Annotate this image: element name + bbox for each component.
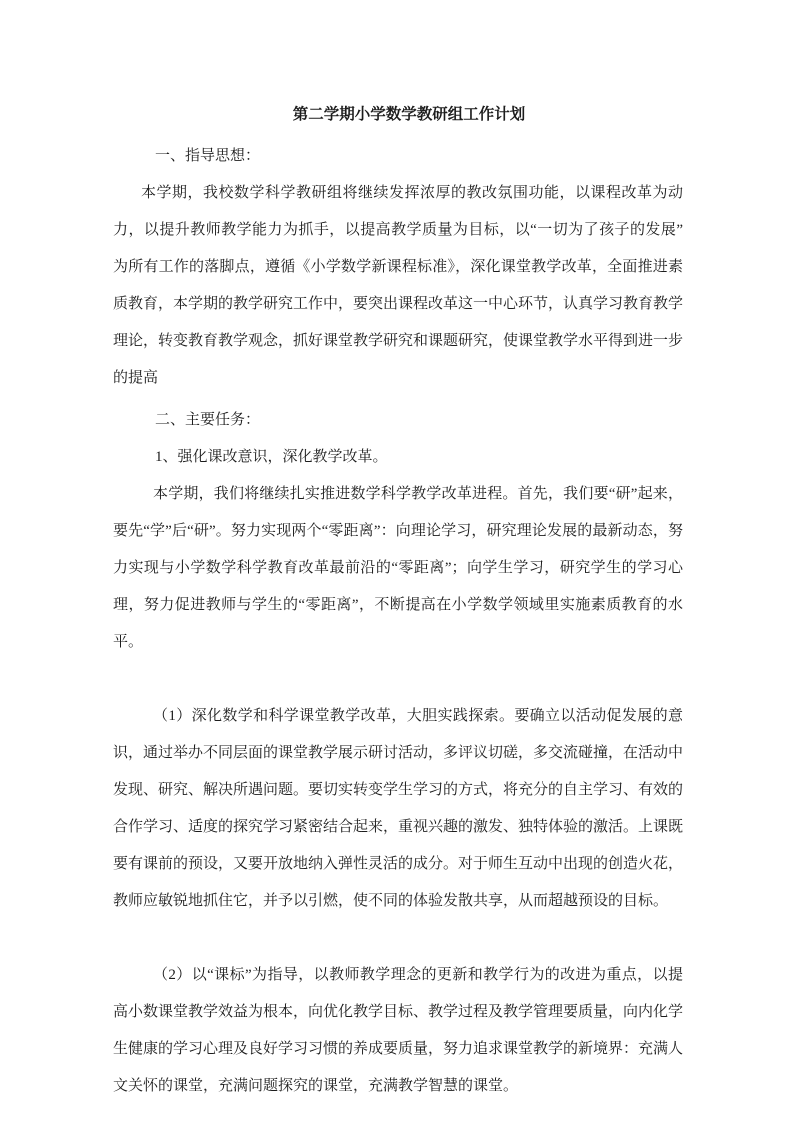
- section-heading-main-tasks: 二、主要任务：: [113, 402, 683, 439]
- paragraph-item-1: （1）深化数学和科学课堂教学改革，大胆实践探索。要确立以活动促发展的意识，通过举…: [113, 698, 683, 920]
- subheading-task-1: 1、强化课改意识，深化教学改革。: [113, 439, 683, 476]
- document-title: 第二学期小学数学教研组工作计划: [113, 96, 683, 133]
- paragraph-task-1-body: 本学期，我们将继续扎实推进数学科学教学改革进程。首先，我们要“研”起来，要先“学…: [113, 476, 683, 661]
- paragraph-item-2: （2）以“课标”为指导，以教师教学理念的更新和教学行为的改进为重点，以提高小数课…: [113, 957, 683, 1105]
- document-page: 第二学期小学数学教研组工作计划 一、指导思想： 本学期，我校数学科学教研组将继续…: [0, 0, 793, 1122]
- section-heading-guiding-ideology: 一、指导思想：: [113, 138, 683, 175]
- paragraph-guiding-ideology-body: 本学期，我校数学科学教研组将继续发挥浓厚的教改氛围功能，以课程改革为动力，以提升…: [113, 175, 683, 397]
